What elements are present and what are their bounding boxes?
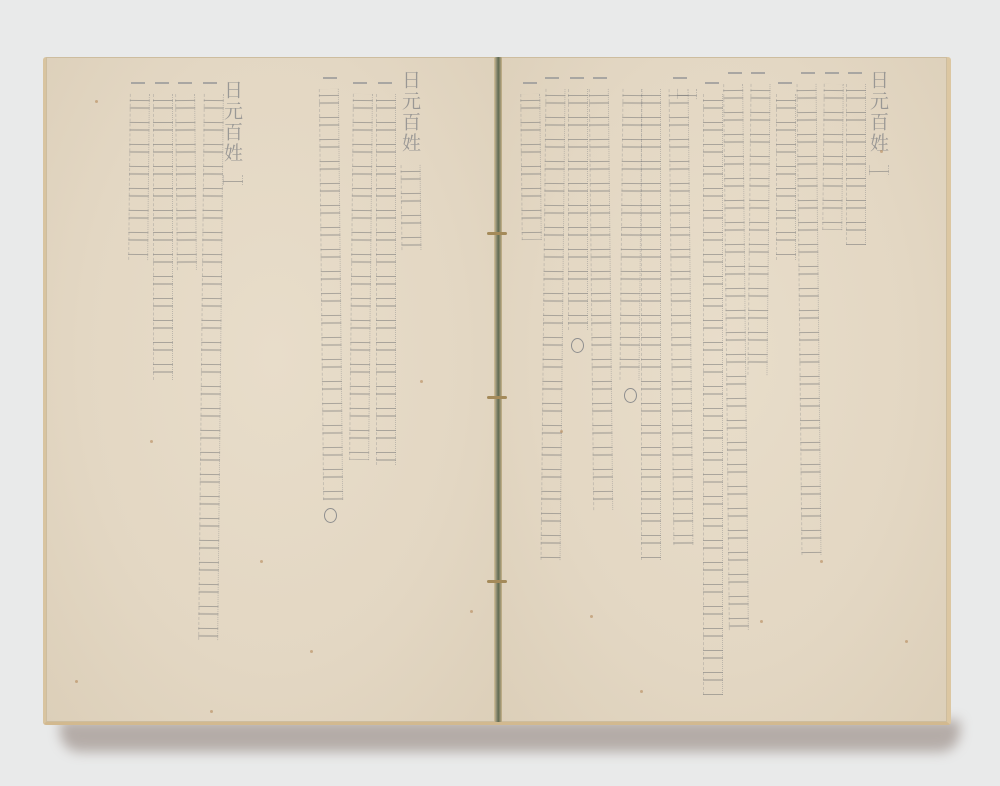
notebook-spine: [494, 57, 502, 722]
right-page-text-column: [869, 165, 889, 175]
left-page-text-column: [319, 89, 343, 500]
right-page-text-column: [703, 94, 723, 695]
end-circle-mark: [324, 508, 337, 523]
end-circle-mark: [624, 388, 637, 403]
right-page-text-column: [747, 84, 770, 375]
right-page-text-column: [520, 94, 542, 240]
paper-speck: [75, 680, 78, 683]
paper-speck: [95, 100, 98, 103]
item-marker: [378, 82, 392, 84]
item-marker: [131, 82, 145, 84]
item-marker: [825, 72, 839, 74]
item-marker: [848, 72, 862, 74]
item-marker: [801, 72, 815, 74]
item-marker: [705, 82, 719, 84]
item-marker: [323, 77, 337, 79]
item-marker: [203, 82, 217, 84]
left-page-text-column: [175, 94, 197, 270]
paper-speck: [260, 560, 263, 563]
stitch-knot: [487, 232, 507, 235]
item-marker: [593, 77, 607, 79]
paper-speck: [560, 430, 563, 433]
column-heading: 日元百姓: [867, 70, 889, 154]
right-page-text-column: [568, 89, 588, 330]
item-marker: [673, 77, 687, 79]
paper-speck: [640, 690, 643, 693]
left-page-text-column: [401, 165, 422, 250]
item-marker: [778, 82, 792, 84]
item-marker: [178, 82, 192, 84]
left-page-text-column: [376, 94, 396, 465]
left-page-text-column: [349, 94, 373, 460]
paper-speck: [760, 620, 763, 623]
end-circle-mark: [571, 338, 584, 353]
item-marker: [570, 77, 584, 79]
left-page-text-column: [153, 94, 173, 380]
item-marker: [353, 82, 367, 84]
right-page-text-column: [619, 89, 642, 380]
stitch-knot: [487, 396, 507, 399]
item-marker: [523, 82, 537, 84]
right-page-text-column: [641, 89, 661, 560]
right-page-text-column: [822, 84, 844, 230]
paper-speck: [470, 610, 473, 613]
right-page-text-column: [776, 94, 796, 260]
paper-speck: [420, 380, 423, 383]
column-heading: 日元百姓: [399, 70, 421, 154]
paper-speck: [590, 615, 593, 618]
left-page-text-column: [223, 175, 243, 185]
column-heading: 日元百姓: [221, 80, 243, 164]
item-marker: [751, 72, 765, 74]
paper-speck: [150, 440, 153, 443]
stitch-knot: [487, 580, 507, 583]
paper-speck: [820, 560, 823, 563]
item-marker: [155, 82, 169, 84]
item-marker: [728, 72, 742, 74]
paper-speck: [905, 640, 908, 643]
item-marker: [545, 77, 559, 79]
paper-speck: [310, 650, 313, 653]
left-page: [43, 57, 501, 725]
right-page-text-column: [846, 84, 866, 245]
paper-speck: [880, 150, 883, 153]
paper-speck: [210, 710, 213, 713]
left-page-text-column: [128, 94, 150, 260]
